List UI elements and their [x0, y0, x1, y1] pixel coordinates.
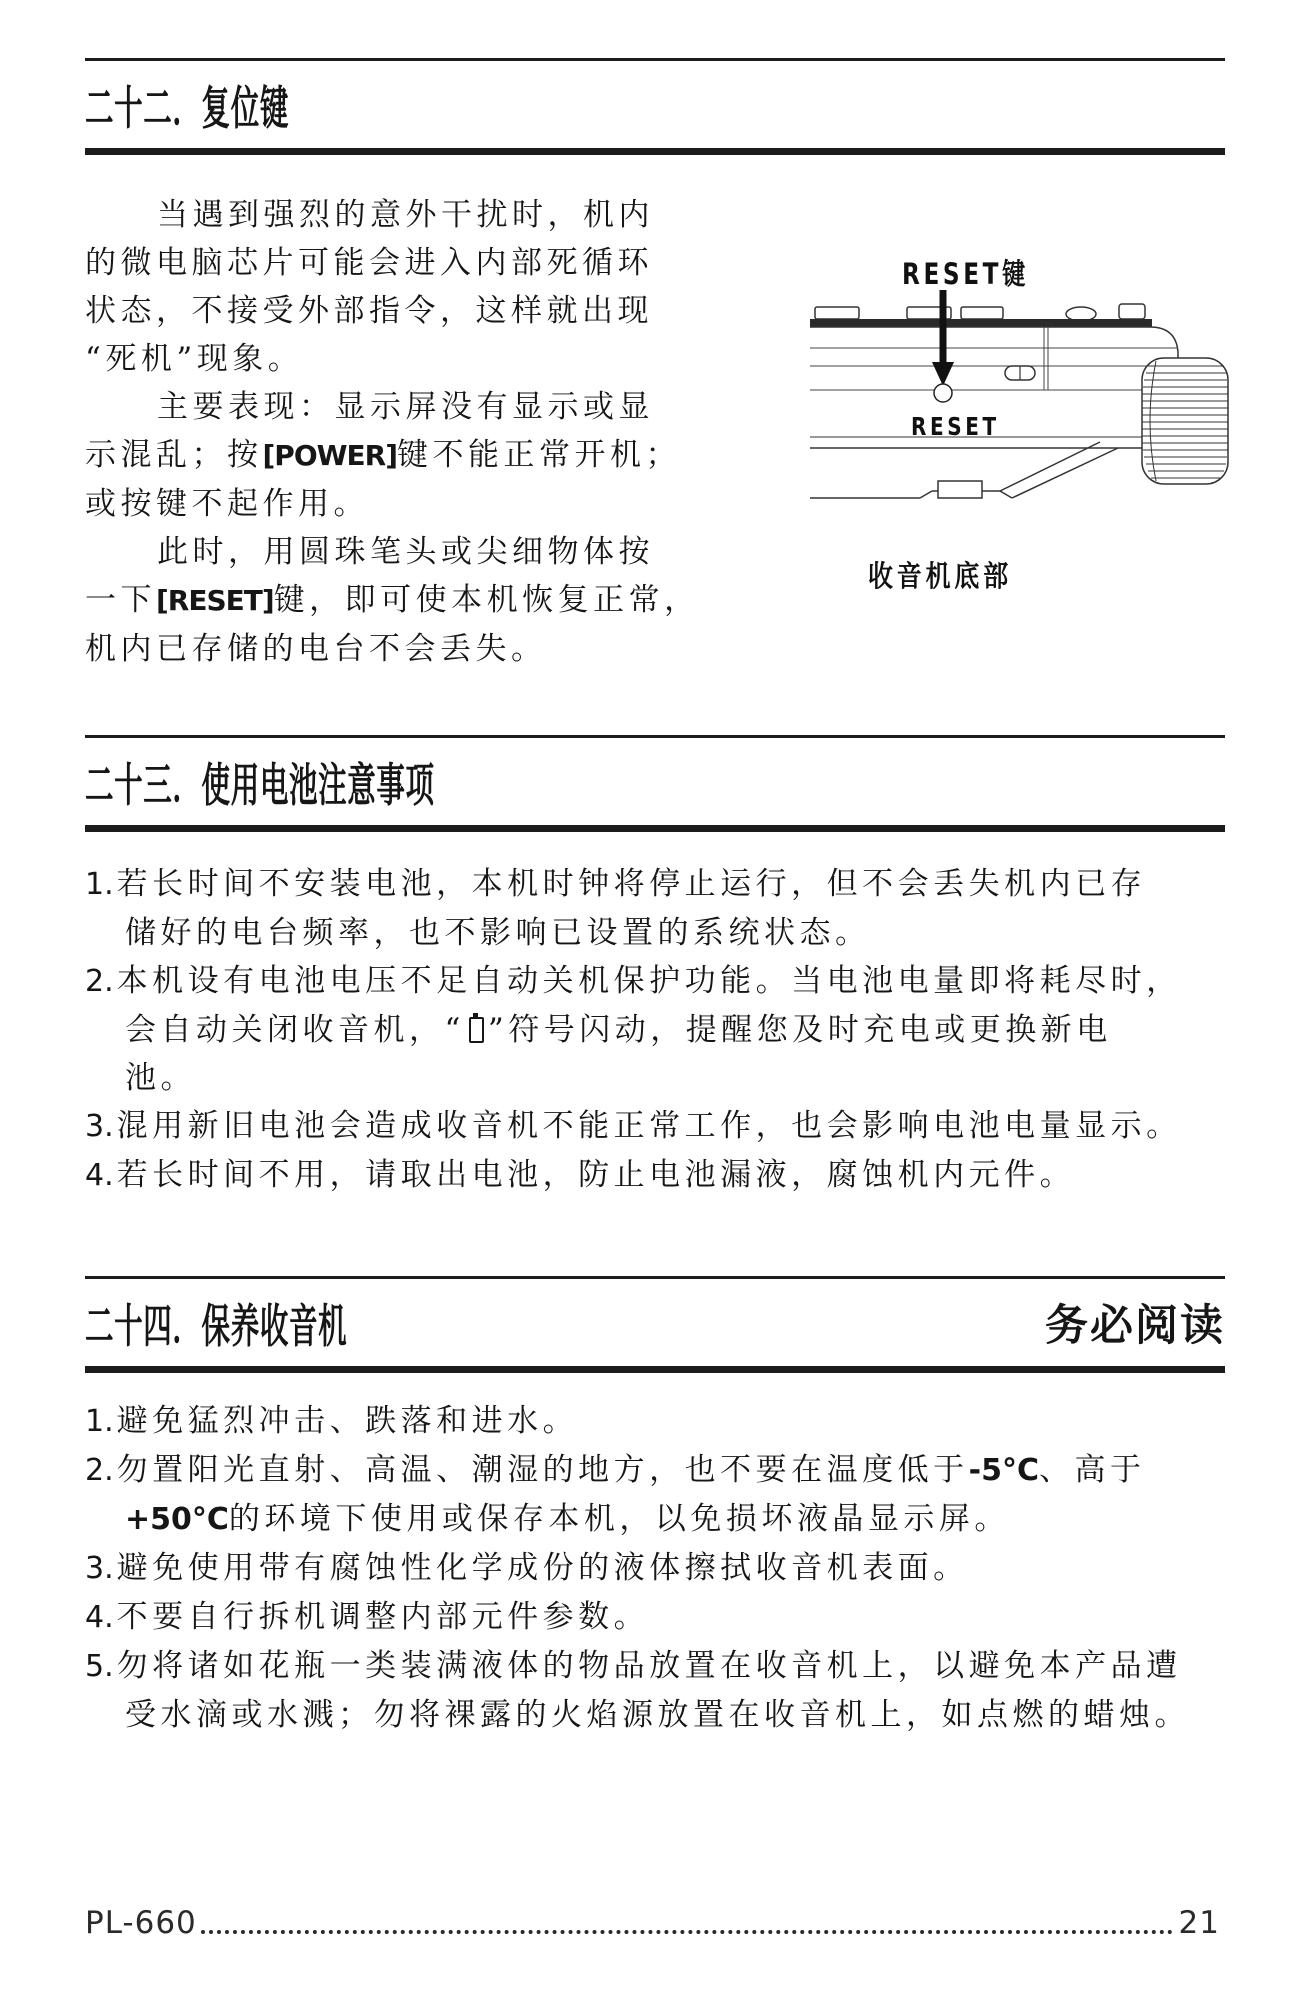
figure-caption: 收音机底部	[798, 552, 1082, 600]
list-item-line: 受水滴或水溅；勿将裸露的火焰源放置在收音机上，如点燃的蜡烛。	[85, 1691, 1225, 1739]
reset-key-label: [RESET]	[156, 584, 274, 617]
paragraph-line: 的微电脑芯片可能会进入内部死循环	[85, 239, 663, 287]
list-item: 2.本机设有电池电压不足自动关机保护功能。当电池电量即将耗尽时， 会自动关闭收音…	[85, 957, 1225, 1102]
paragraph-line: 状态，不接受外部指令，这样就出现	[85, 287, 663, 335]
list-item-line: 3.混用新旧电池会造成收音机不能正常工作，也会影响电池电量显示。	[85, 1102, 1225, 1151]
list-item-line: 3.避免使用带有腐蚀性化学成份的液体擦拭收音机表面。	[85, 1544, 1225, 1593]
manual-page: 二十二．复位键 当遇到强烈的意外干扰时，机内 的微电脑芯片可能会进入内部死循环 …	[0, 0, 1299, 2007]
section-23-list: 1.若长时间不安装电池，本机时钟将停止运行，但不会丢失机内已存 储好的电台频率，…	[85, 860, 1225, 1200]
list-item: 3.混用新旧电池会造成收音机不能正常工作，也会影响电池电量显示。	[85, 1102, 1225, 1151]
paragraph-line: 或按键不起作用。	[85, 480, 663, 528]
item-number: 2.	[85, 1453, 117, 1488]
list-item: 2.勿置阳光直射、高温、潮湿的地方，也不要在温度低于-5°C、高于 +50°C的…	[85, 1446, 1225, 1544]
dotted-leader	[201, 1929, 1173, 1934]
paragraph-line: 此时，用圆珠笔头或尖细物体按	[85, 528, 663, 576]
item-number: 2.	[85, 964, 117, 999]
item-number: 3.	[85, 1551, 117, 1586]
list-item-line: 2.勿置阳光直射、高温、潮湿的地方，也不要在温度低于-5°C、高于	[85, 1446, 1225, 1495]
list-item-line: 5.勿将诸如花瓶一类装满液体的物品放置在收音机上，以避免本产品遭	[85, 1642, 1225, 1691]
section-23-header: 二十三．使用电池注意事项	[85, 735, 1225, 832]
paragraph-line: 主要表现：显示屏没有显示或显	[85, 383, 663, 431]
section-22-paragraphs: 当遇到强烈的意外干扰时，机内 的微电脑芯片可能会进入内部死循环 状态，不接受外部…	[85, 191, 663, 673]
section-23-title: 二十三．使用电池注意事项	[85, 761, 435, 809]
section-24-list: 1.避免猛烈冲击、跌落和进水。 2.勿置阳光直射、高温、潮湿的地方，也不要在温度…	[85, 1397, 1225, 1739]
power-key-label: [POWER]	[263, 439, 398, 472]
text-segment: 本机设有电池电压不足自动关机保护功能。当电池电量即将耗尽时，	[117, 963, 1182, 999]
section-22-header: 二十二．复位键	[85, 58, 1225, 155]
paragraph-line: 当遇到强烈的意外干扰时，机内	[85, 191, 663, 239]
item-number: 3.	[85, 1109, 117, 1144]
reset-pointer-label: RESET键	[902, 250, 1029, 298]
list-item-line: 储好的电台频率，也不影响已设置的系统状态。	[85, 909, 1225, 957]
paragraph-line: 一下[RESET]键，即可使本机恢复正常，	[85, 576, 663, 625]
text-segment: 一下	[85, 582, 156, 618]
reset-hole	[934, 384, 952, 402]
list-item-line: +50°C的环境下使用或保存本机，以免损坏液晶显示屏。	[85, 1495, 1225, 1544]
item-number: 1.	[85, 1404, 117, 1439]
list-item: 3.避免使用带有腐蚀性化学成份的液体擦拭收音机表面。	[85, 1544, 1225, 1593]
section-22-title: 二十二．复位键	[85, 84, 289, 132]
list-item-line: 2.本机设有电池电压不足自动关机保护功能。当电池电量即将耗尽时，	[85, 957, 1225, 1006]
section-divider-thin	[85, 735, 1225, 738]
text-segment: 的环境下使用或保存本机，以免损坏液晶显示屏。	[229, 1501, 1010, 1537]
section-divider-thin	[85, 1276, 1225, 1279]
section-divider-thin	[85, 58, 1225, 61]
item-number: 4.	[85, 1158, 117, 1193]
text-segment: 示混乱；按	[85, 437, 263, 473]
section-divider-thick	[85, 148, 1225, 155]
text-segment: 避免猛烈冲击、跌落和进水。	[117, 1403, 579, 1439]
radio-bottom-figure: RESET键 RESET 收音机底部	[630, 190, 1230, 610]
temperature-high: +50°C	[125, 1502, 229, 1537]
text-segment: 勿置阳光直射、高温、潮湿的地方，也不要在温度低于	[117, 1452, 969, 1488]
text-segment: 避免使用带有腐蚀性化学成份的液体擦拭收音机表面。	[117, 1550, 969, 1586]
list-item: 1.避免猛烈冲击、跌落和进水。	[85, 1397, 1225, 1446]
section-22-body: 当遇到强烈的意外干扰时，机内 的微电脑芯片可能会进入内部死循环 状态，不接受外部…	[85, 155, 1225, 707]
text-segment: 、高于	[1039, 1452, 1146, 1488]
section-divider-thick	[85, 1366, 1225, 1373]
list-item: 4.不要自行拆机调整内部元件参数。	[85, 1593, 1225, 1642]
battery-icon	[469, 1017, 484, 1043]
section-24-header: 二十四．保养收音机 务必阅读	[85, 1276, 1225, 1373]
item-number: 1.	[85, 867, 117, 902]
item-number: 5.	[85, 1649, 117, 1684]
section-divider-thick	[85, 825, 1225, 832]
text-segment: 混用新旧电池会造成收音机不能正常工作，也会影响电池电量显示。	[117, 1108, 1182, 1144]
text-segment: 若长时间不用，请取出电池，防止电池漏液，腐蚀机内元件。	[117, 1157, 1076, 1193]
list-item-line: 1.若长时间不安装电池，本机时钟将停止运行，但不会丢失机内已存	[85, 860, 1225, 909]
temperature-low: -5°C	[969, 1453, 1039, 1488]
text-segment: 会自动关闭收音机，“	[125, 1012, 465, 1048]
must-read-badge: 务必阅读	[1045, 1302, 1225, 1350]
text-segment: ”符号闪动，提醒您及时充电或更换新电	[488, 1012, 1112, 1048]
page-footer: PL-660 21	[85, 1905, 1220, 1941]
list-item: 1.若长时间不安装电池，本机时钟将停止运行，但不会丢失机内已存 储好的电台频率，…	[85, 860, 1225, 957]
list-item-line: 会自动关闭收音机，“”符号闪动，提醒您及时充电或更换新电	[85, 1006, 1225, 1054]
model-label: PL-660	[85, 1905, 197, 1941]
paragraph-line: “死机”现象。	[85, 335, 663, 383]
section-24-title: 二十四．保养收音机	[85, 1302, 347, 1350]
page-content: 二十二．复位键 当遇到强烈的意外干扰时，机内 的微电脑芯片可能会进入内部死循环 …	[85, 0, 1225, 1739]
paragraph-line: 机内已存储的电台不会丢失。	[85, 625, 663, 673]
list-item: 5.勿将诸如花瓶一类装满液体的物品放置在收音机上，以避免本产品遭 受水滴或水溅；…	[85, 1642, 1225, 1739]
item-number: 4.	[85, 1600, 117, 1635]
page-number: 21	[1177, 1905, 1220, 1941]
paragraph-line: 示混乱；按[POWER]键不能正常开机；	[85, 431, 663, 480]
list-item-line: 池。	[85, 1054, 1225, 1102]
reset-hole-label: RESET	[911, 403, 1000, 451]
battery-icon-nub	[473, 1013, 478, 1017]
text-segment: 若长时间不安装电池，本机时钟将停止运行，但不会丢失机内已存	[117, 866, 1147, 902]
list-item-line: 4.不要自行拆机调整内部元件参数。	[85, 1593, 1225, 1642]
text-segment: 不要自行拆机调整内部元件参数。	[117, 1599, 650, 1635]
list-item-line: 1.避免猛烈冲击、跌落和进水。	[85, 1397, 1225, 1446]
list-item: 4.若长时间不用，请取出电池，防止电池漏液，腐蚀机内元件。	[85, 1151, 1225, 1200]
text-segment: 勿将诸如花瓶一类装满液体的物品放置在收音机上，以避免本产品遭	[117, 1648, 1182, 1684]
list-item-line: 4.若长时间不用，请取出电池，防止电池漏液，腐蚀机内元件。	[85, 1151, 1225, 1200]
